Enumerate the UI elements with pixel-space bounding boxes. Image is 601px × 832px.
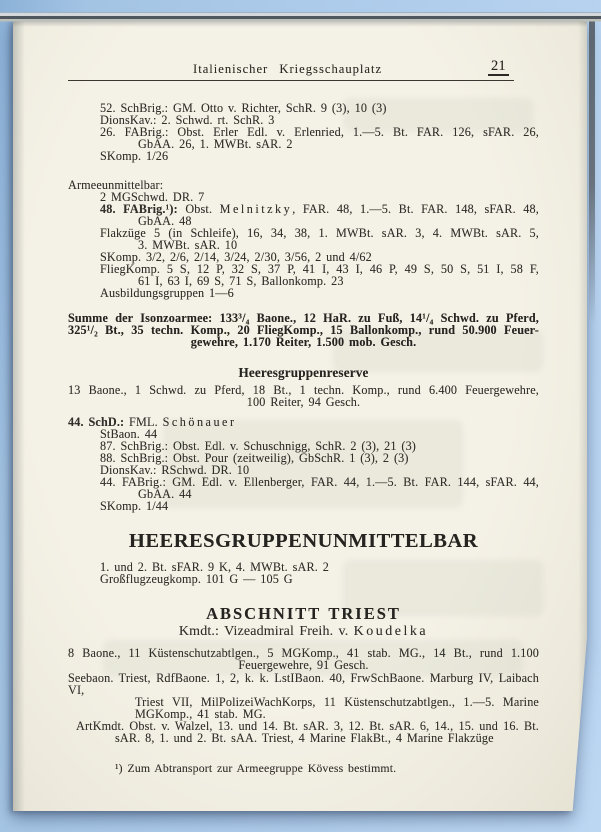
book-page-wrap: Italienischer Kriegsschauplatz 21 52. Sc…: [0, 0, 601, 832]
section-heading-reserve: Heeresgruppenreserve: [68, 367, 539, 379]
footnote: ¹) Zum Abtransport zur Armeegruppe Köves…: [115, 762, 539, 774]
commander-name: Melnitzky: [220, 202, 293, 216]
triest-summary-line: Feuergewehre, 91 Gesch.: [68, 659, 539, 671]
book-page: Italienischer Kriegsschauplatz 21 52. Sc…: [13, 20, 587, 811]
unit-line-continuation: sAR. 8, 1. und 2. Bt. sAA. Triest, 4 Mar…: [115, 732, 539, 744]
scanned-book-photo: Italienischer Kriegsschauplatz 21 52. Sc…: [0, 0, 601, 832]
commander-name: Koudelka: [354, 624, 428, 639]
reserve-summary-line: 100 Reiter, 94 Gesch.: [68, 396, 539, 408]
unit-line: Ausbildungsgruppen 1—6: [100, 287, 539, 299]
triest-detail-block: Seebaon. Triest, RdfBaone. 1, 2, k. k. L…: [68, 672, 539, 744]
scanner-edge-top: [0, 12, 601, 22]
commander-title: Kmdt.: Vizeadmiral Freih. v.: [179, 624, 354, 639]
page-content: Italienischer Kriegsschauplatz 21 52. Sc…: [13, 20, 587, 811]
header-rule: [68, 80, 514, 81]
unit-line: SKomp. 1/26: [100, 150, 539, 162]
unit-line-continuation: GbAA. 44: [138, 488, 539, 500]
triest-commander-line: Kmdt.: Vizeadmiral Freih. v. Koudelka: [68, 624, 539, 639]
section-heading-triest: ABSCHNITT TRIEST: [68, 605, 539, 622]
commander-name: Schönauer: [163, 415, 237, 429]
unit-line: Seebaon. Triest, RdfBaone. 1, 2, k. k. L…: [68, 672, 539, 696]
scanner-edge-right: [589, 14, 595, 324]
summary-line: gewehre, 1.170 Reiter, 1.500 mob. Gesch.: [68, 336, 539, 348]
isonzo-army-summary: Summe der Isonzoarmee: 133³/₄ Baone., 12…: [68, 312, 539, 348]
unit-detail: , FAR. 48, 1.—5. Bt. FAR. 148, sFAR. 48,: [292, 202, 539, 216]
unit-list-top: 52. SchBrig.: GM. Otto v. Richter, SchR.…: [68, 102, 539, 162]
division-44-block: 44. SchD.: FML. Schönauer StBaon. 44 87.…: [68, 416, 539, 512]
unit-line: Großflugzeugkomp. 101 G — 105 G: [100, 573, 539, 585]
section-heading-heeresgruppe: HEERESGRUPPENUNMITTELBAR: [68, 530, 539, 552]
page-header: Italienischer Kriegsschauplatz 21: [68, 63, 539, 82]
running-head: Italienischer Kriegsschauplatz: [193, 63, 382, 75]
page-number: 21: [488, 60, 509, 76]
unit-line: SKomp. 1/44: [100, 500, 539, 512]
unit-line-continuation: GbAA. 26, 1. MWBt. sAR. 2: [138, 138, 539, 150]
